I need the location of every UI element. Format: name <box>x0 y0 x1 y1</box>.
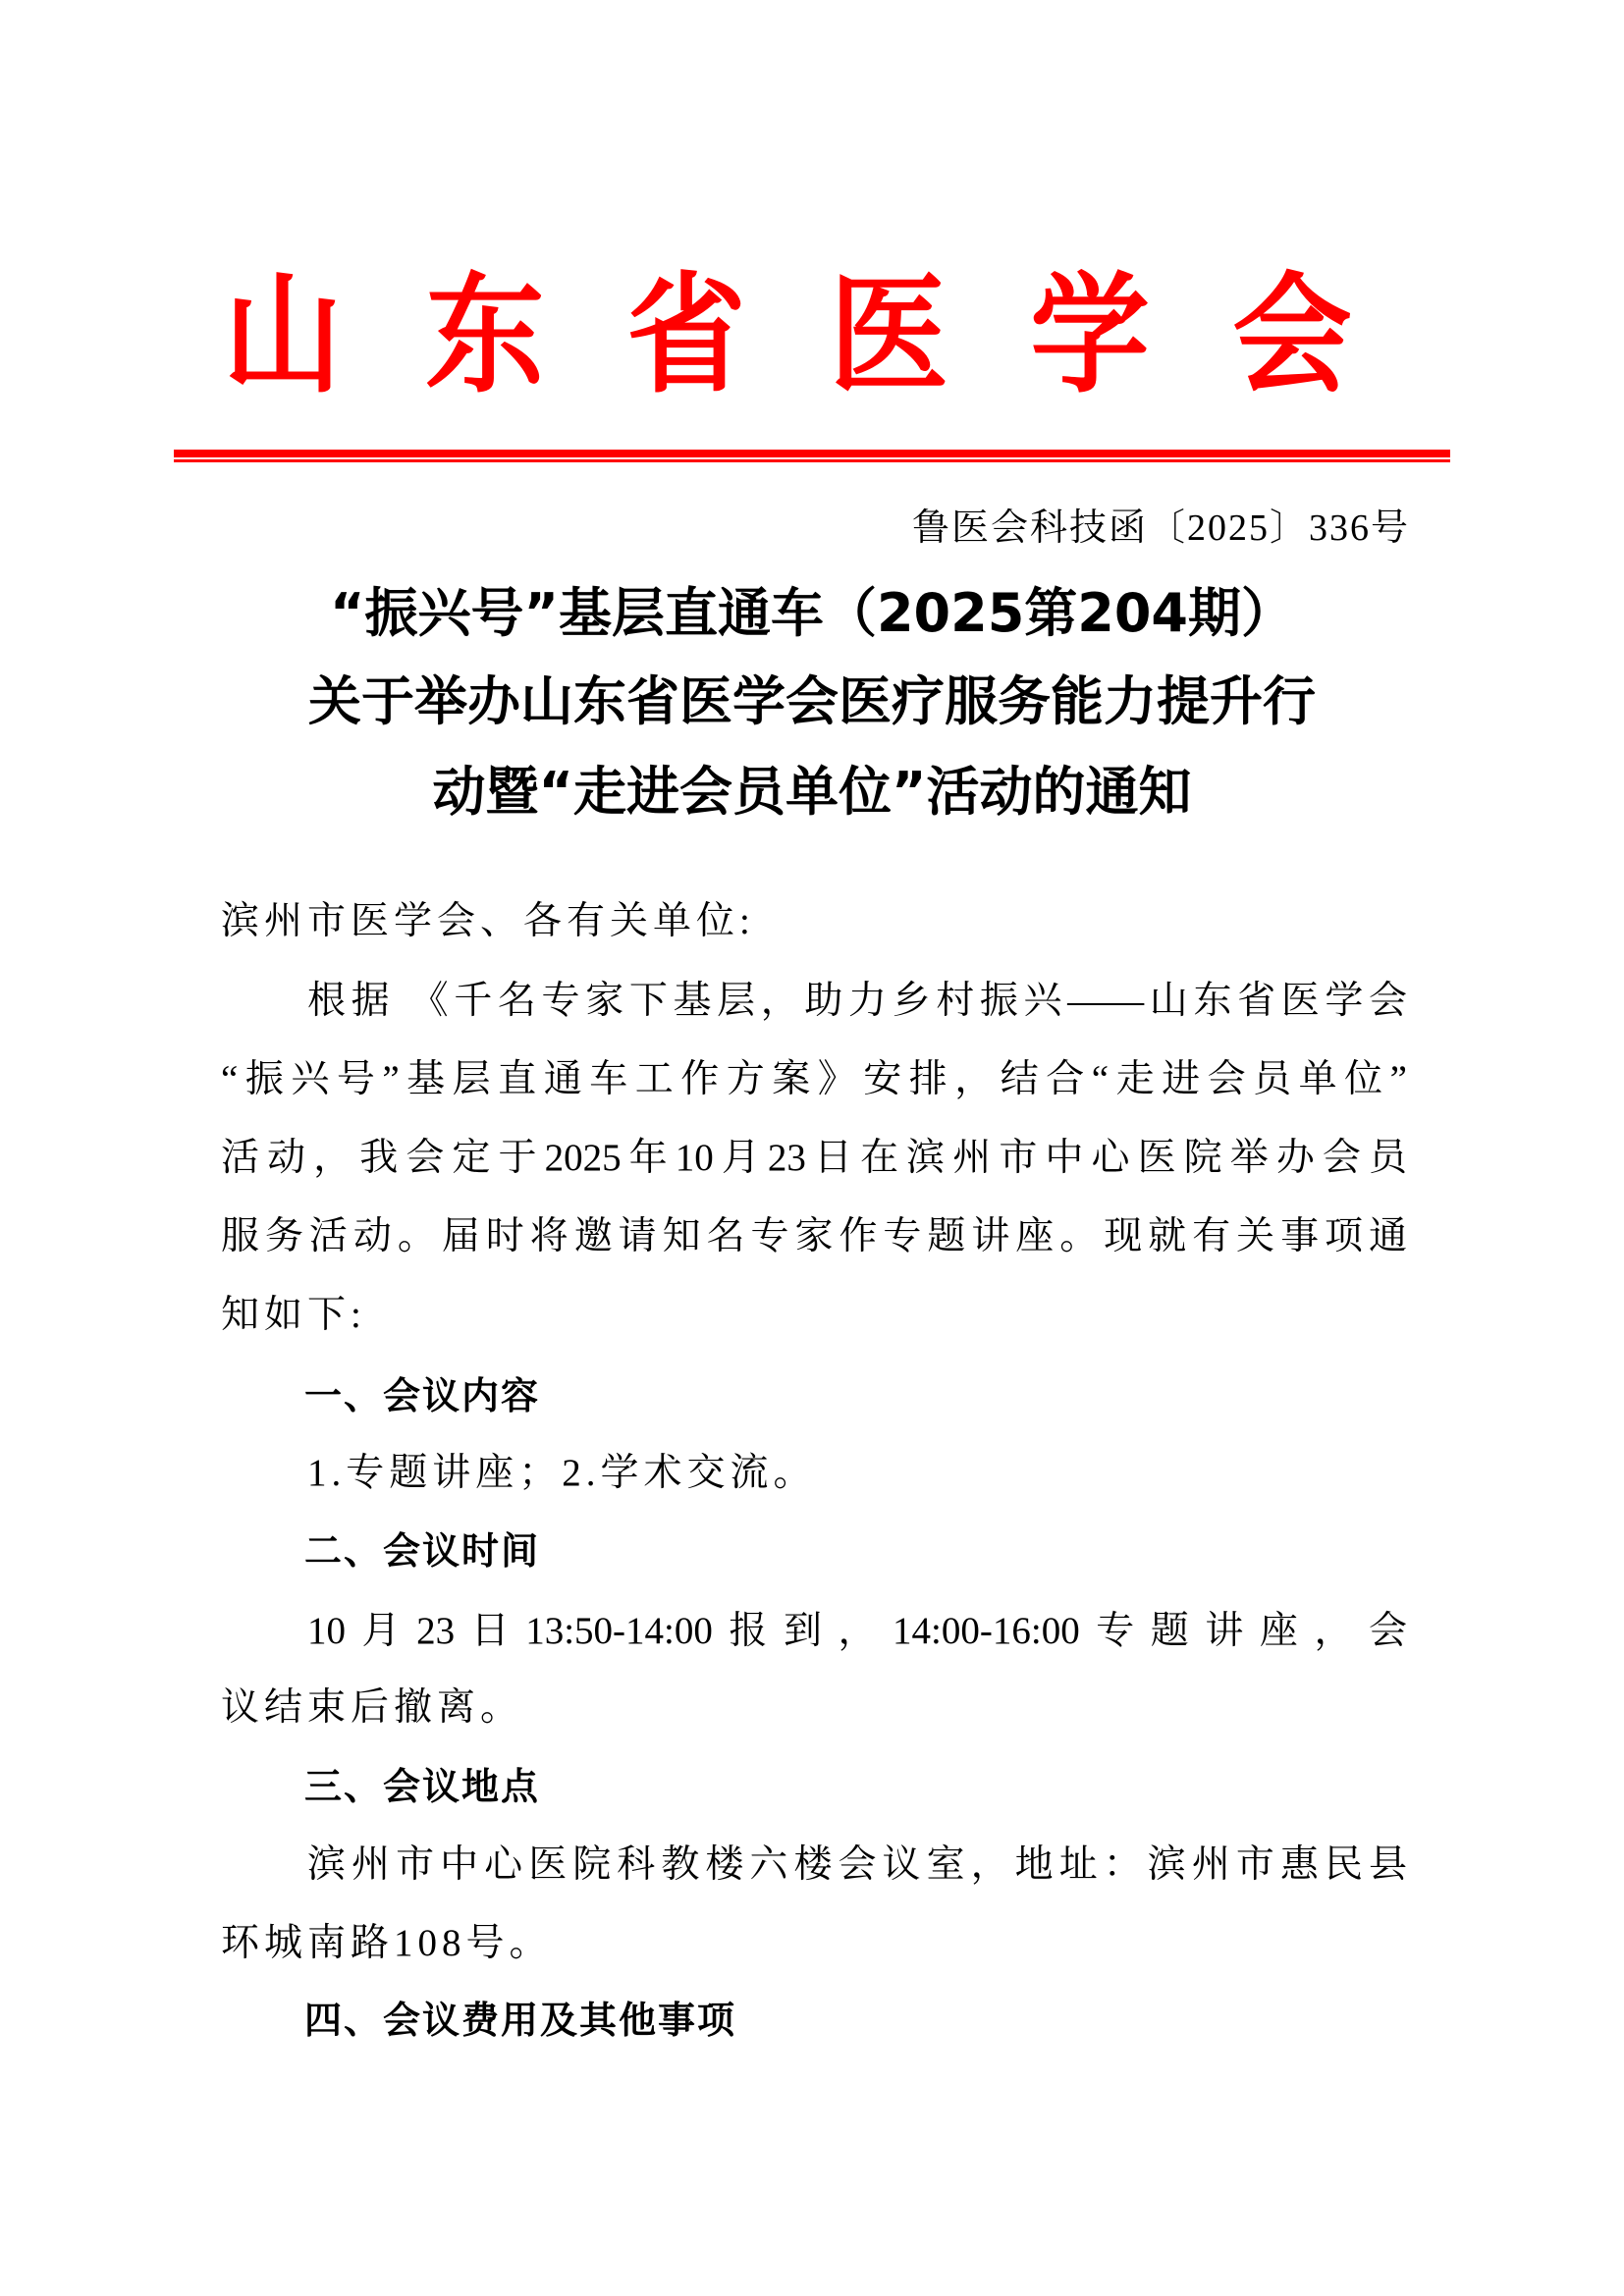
document-page: 山 东 省 医 学 会 鲁医会科技函〔2025〕336号 “振兴号”基层直通车（… <box>0 0 1624 2296</box>
letterhead-char: 医 <box>829 257 947 414</box>
letterhead-red-rule-thick <box>174 450 1450 457</box>
letterhead-char: 省 <box>626 257 745 414</box>
section-heading-time: 二、会议时间 <box>304 1526 540 1575</box>
letterhead-char: 山 <box>223 257 342 414</box>
intro-line: 根据 《千名专家下基层，助力乡村振兴——山东省医学会 <box>307 977 1407 1026</box>
notice-title-line-1: “振兴号”基层直通车（2025第204期） <box>196 579 1428 648</box>
section-time-line: 议结束后撤离。 <box>221 1683 1407 1733</box>
letterhead-char: 会 <box>1232 257 1351 414</box>
letterhead-char: 学 <box>1031 257 1150 414</box>
section-content-line: 1.专题讲座；2.学术交流。 <box>307 1449 1407 1498</box>
notice-title-line-2: 关于举办山东省医学会医疗服务能力提升行 <box>196 667 1428 736</box>
notice-title-line-3: 动暨“走进会员单位”活动的通知 <box>196 758 1428 827</box>
section-location-line: 环城南路108号。 <box>221 1919 1407 1968</box>
section-location-line: 滨州市中心医院科教楼六楼会议室，地址：滨州市惠民县 <box>307 1841 1407 1890</box>
section-time-line: 10月23日13:50-14:00报到，14:00-16:00专题讲座，会 <box>307 1607 1407 1656</box>
letterhead-organization-title: 山 东 省 医 学 会 <box>218 257 1357 414</box>
section-heading-location: 三、会议地点 <box>304 1762 540 1811</box>
letterhead-red-rule-thin <box>174 459 1450 462</box>
intro-line: 服务活动。届时将邀请知名专家作专题讲座。现就有关事项通 <box>221 1212 1407 1261</box>
intro-line: 活动，我会定于2025年10月23日在滨州市中心医院举办会员 <box>221 1134 1407 1183</box>
salutation: 滨州市医学会、各有关单位: <box>221 897 1407 946</box>
intro-line: 知如下: <box>221 1291 1407 1340</box>
section-heading-content: 一、会议内容 <box>304 1371 540 1420</box>
document-number: 鲁医会科技函〔2025〕336号 <box>864 501 1410 556</box>
intro-line: “振兴号”基层直通车工作方案》安排，结合“走进会员单位” <box>221 1055 1407 1104</box>
section-heading-fees-and-other: 四、会议费用及其他事项 <box>304 1996 736 2045</box>
letterhead-char: 东 <box>425 257 544 414</box>
